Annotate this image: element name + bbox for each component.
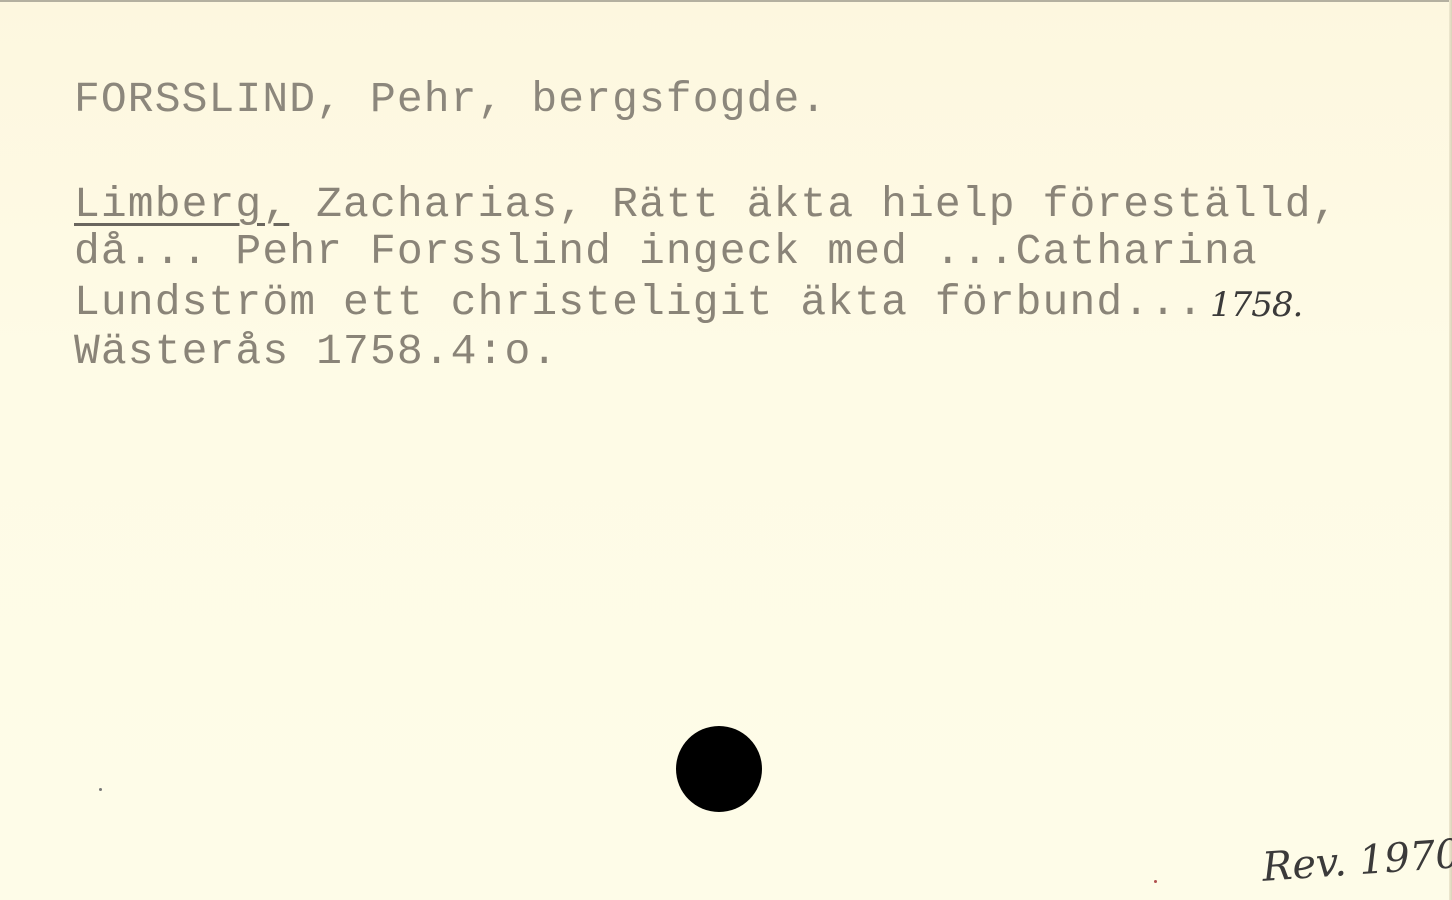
entry-author: Limberg,	[74, 180, 289, 229]
revision-note: Rev. 1970	[1261, 831, 1452, 891]
entry-line-3: Lundström ett christeligit äkta förbund.…	[74, 281, 1302, 324]
punch-hole	[676, 726, 762, 812]
index-card: FORSSLIND, Pehr, bergsfogde. Limberg, Za…	[0, 0, 1452, 900]
ink-speck	[1154, 880, 1157, 883]
ink-speck	[99, 788, 102, 791]
entry-line-3-text: Lundström ett christeligit äkta förbund.…	[74, 278, 1204, 327]
card-top-edge	[0, 0, 1452, 2]
entry-imprint: Wästerås 1758.4:o.	[74, 330, 558, 373]
entry-title-start: Zacharias, Rätt äkta hielp föreställd,	[289, 180, 1338, 229]
entry-line-1: Limberg, Zacharias, Rätt äkta hielp före…	[74, 183, 1339, 226]
handwritten-year: 1758.	[1210, 285, 1302, 325]
entry-line-2: då... Pehr Forsslind ingeck med ...Catha…	[74, 230, 1258, 273]
card-heading: FORSSLIND, Pehr, bergsfogde.	[74, 78, 827, 121]
